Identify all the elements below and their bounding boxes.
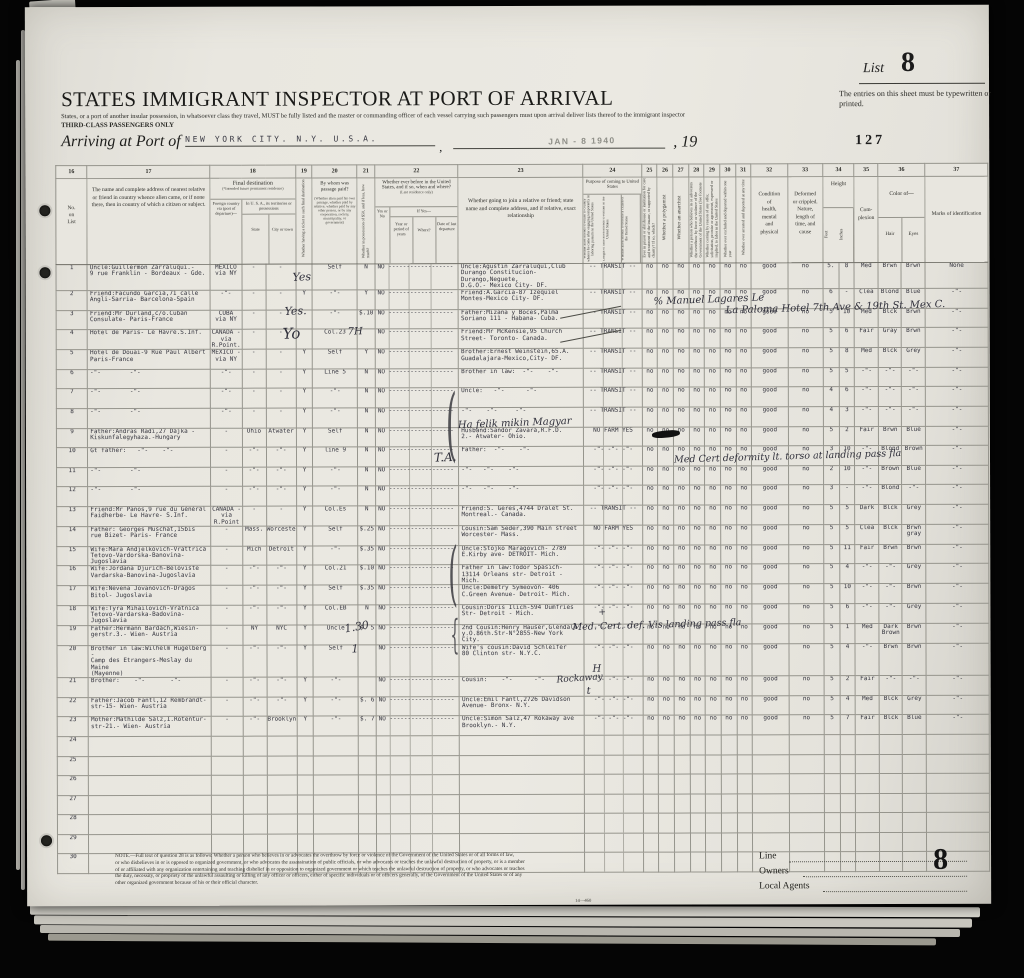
cell-join-relative: Wife's cousin:David Schleifer 80 Clinton… bbox=[459, 644, 584, 677]
cell-passage-paid-by: -"- bbox=[314, 697, 359, 717]
cell-ticket bbox=[297, 814, 314, 834]
cell-ticket: Y bbox=[296, 349, 313, 369]
cell-q31: no bbox=[736, 485, 752, 505]
cell-eyes: -"- bbox=[902, 387, 926, 407]
cell-passage-paid-by bbox=[314, 755, 359, 775]
cell-q27: no bbox=[674, 545, 690, 565]
cell-hair bbox=[880, 832, 903, 852]
cell-purpose bbox=[585, 794, 643, 814]
cell-passage-paid-by: -"- bbox=[313, 545, 358, 565]
cell-deformed: no bbox=[789, 715, 824, 735]
cell-q28: no bbox=[690, 644, 706, 677]
cell-eyes: Brwn bbox=[902, 584, 926, 604]
cell-join-relative bbox=[460, 735, 585, 755]
cell-foreign-country bbox=[212, 756, 243, 776]
cell-before-in-us: NO ------------------ bbox=[376, 565, 459, 585]
cell-inches: 2 bbox=[840, 676, 856, 696]
cell-hair: Blck bbox=[879, 524, 902, 544]
cell-passage-paid-by: Self bbox=[313, 428, 358, 448]
header-labor-contract: Whether coming by reason of any offer, s… bbox=[704, 177, 720, 263]
punch-hole bbox=[41, 835, 52, 846]
cell-condition: good bbox=[752, 426, 789, 446]
cell-before-in-us: NO ------------------ bbox=[376, 696, 459, 716]
cell-ticket: Y bbox=[296, 546, 313, 566]
cell-feet: 5 bbox=[824, 525, 840, 545]
cell-hair: Dark Brown bbox=[879, 623, 902, 643]
cell-marks: -"- bbox=[926, 445, 989, 465]
cell-money bbox=[358, 736, 376, 756]
cell-q30: no bbox=[721, 525, 737, 545]
cell-city: -"- bbox=[266, 565, 296, 585]
cell-marks: -"- bbox=[926, 623, 989, 643]
manifest-row-29: 29 bbox=[57, 832, 989, 854]
cell-state: Ohio bbox=[242, 428, 266, 448]
cell-before-in-us bbox=[376, 834, 459, 854]
list-number-handwritten: 8 bbox=[901, 47, 915, 79]
cell-q27: no bbox=[674, 525, 690, 545]
manifest-row-28: 28 bbox=[57, 813, 989, 835]
cell-deformed bbox=[789, 813, 824, 833]
cell-no: 18 bbox=[57, 605, 88, 625]
cell-q27: no bbox=[673, 328, 689, 348]
cell-q30: no bbox=[720, 368, 736, 388]
cell-q25 bbox=[643, 735, 659, 755]
cell-complexion: -"- bbox=[855, 407, 879, 427]
cell-ticket bbox=[297, 756, 314, 776]
handwritten-money-row4: 7H bbox=[347, 326, 362, 338]
cell-before-in-us: NO ------------------ bbox=[376, 677, 459, 697]
cell-inches: 8 bbox=[839, 263, 855, 289]
cell-passage-paid-by: -"- bbox=[313, 467, 358, 487]
manifest-row-27: 27 bbox=[57, 793, 989, 815]
cell-q29: no bbox=[705, 505, 721, 525]
cell-city: Detroit bbox=[266, 546, 296, 566]
header-date-departure: Date of last departure bbox=[435, 217, 458, 263]
cell-before-in-us: NO ------------------ bbox=[376, 624, 459, 644]
cell-passage-paid-by: -"- bbox=[313, 677, 358, 697]
cell-deformed: no bbox=[788, 525, 823, 545]
cell-condition: good bbox=[752, 505, 789, 525]
cell-join-relative: Uncle:Agustin Zarraluqui,Club Durango Co… bbox=[458, 263, 583, 290]
cell-eyes: Grey bbox=[901, 348, 925, 368]
cell-purpose: -- TRANSIT -- bbox=[584, 388, 642, 408]
cell-q28: no bbox=[689, 485, 705, 505]
cell-deformed: no bbox=[788, 505, 823, 525]
cell-state: -"- bbox=[242, 566, 266, 586]
cell-q27: no bbox=[674, 715, 690, 735]
cell-relative: -"- -"- bbox=[88, 408, 211, 428]
cell-passage-paid-by: Line 5 bbox=[313, 369, 358, 389]
cell-relative: Brother in law:Wilhelm Hugelberg - Camp … bbox=[88, 645, 211, 678]
cell-marks: -"- bbox=[925, 348, 988, 368]
cell-q31: no bbox=[736, 564, 752, 584]
cell-q27: no bbox=[673, 368, 689, 388]
cell-marks: -"- bbox=[926, 426, 989, 446]
cell-q29: no bbox=[705, 427, 721, 447]
cell-eyes: Brwn bbox=[902, 643, 926, 676]
cell-q31: no bbox=[736, 387, 752, 407]
cell-relative: Wife:Mara Andjelkovich-Vrattrica Tetovo-… bbox=[88, 546, 211, 566]
header-state: State bbox=[243, 215, 269, 264]
cell-q30: no bbox=[720, 263, 736, 289]
cell-foreign-country bbox=[212, 795, 243, 815]
cell-inches: 3 bbox=[839, 407, 855, 427]
cell-complexion: -"- bbox=[855, 584, 879, 604]
cell-q26 bbox=[659, 755, 675, 775]
cell-deformed: no bbox=[789, 623, 824, 643]
cell-q27: no bbox=[673, 387, 689, 407]
header-overthrow: Whether a person who believes in or advo… bbox=[688, 177, 704, 263]
cell-eyes: -"- bbox=[902, 367, 926, 387]
cell-feet bbox=[825, 813, 841, 833]
cell-state: - bbox=[242, 389, 266, 409]
cell-deformed bbox=[789, 754, 824, 774]
cell-hair bbox=[880, 734, 903, 754]
cell-condition bbox=[752, 754, 789, 774]
cell-q30 bbox=[721, 833, 737, 853]
cell-no: 23 bbox=[57, 717, 88, 737]
cell-state: - bbox=[242, 408, 266, 428]
cell-foreign-country: - bbox=[211, 645, 242, 678]
cell-state: -"- bbox=[242, 585, 266, 605]
cell-complexion: Dark bbox=[855, 505, 879, 525]
handwritten-brace: { bbox=[450, 614, 459, 656]
cell-city: - bbox=[266, 506, 296, 526]
cell-q31: no bbox=[736, 505, 752, 525]
cell-feet: 5 bbox=[824, 426, 840, 446]
cell-foreign-country: CANADA - via R.Point bbox=[211, 506, 242, 526]
cell-hair: Brwn bbox=[879, 544, 902, 564]
cell-q25: no bbox=[642, 388, 658, 408]
cell-city bbox=[267, 775, 297, 795]
cell-q31: no bbox=[736, 584, 752, 604]
cell-q30: no bbox=[721, 715, 737, 735]
cell-marks: -"- bbox=[926, 675, 989, 695]
cell-passage-paid-by: Self bbox=[312, 264, 357, 290]
cell-no: 17 bbox=[57, 586, 88, 606]
cell-money: $.35 bbox=[358, 545, 376, 565]
page-number: 8 bbox=[933, 843, 948, 877]
cell-relative: -"- -"- bbox=[88, 487, 211, 507]
cell-money: N bbox=[358, 427, 376, 447]
cell-join-relative bbox=[460, 794, 585, 814]
cell-city: -"- bbox=[266, 585, 296, 605]
cell-q28: no bbox=[689, 427, 705, 447]
cell-foreign-country: - bbox=[211, 467, 242, 487]
cell-state bbox=[243, 736, 267, 756]
cell-money: N bbox=[358, 486, 376, 506]
cell-q25: no bbox=[642, 525, 658, 545]
cell-q28 bbox=[690, 735, 706, 755]
header-year: Year or period of years bbox=[390, 217, 412, 263]
cell-purpose: -- TRANSIT -- bbox=[584, 348, 642, 368]
cell-foreign-country: -"- bbox=[211, 408, 242, 428]
cell-no: 11 bbox=[57, 467, 88, 487]
cell-state: - bbox=[242, 330, 266, 350]
cell-q27 bbox=[674, 755, 690, 775]
colnum-35: 35 bbox=[854, 164, 878, 177]
header-relative-address: The name and complete address of nearest… bbox=[87, 178, 210, 264]
cell-ticket bbox=[297, 736, 314, 756]
cell-complexion: -"- bbox=[855, 564, 879, 584]
cell-foreign-country: CUBA via NY bbox=[210, 310, 241, 330]
cell-ticket: Y bbox=[297, 565, 314, 585]
cell-feet: 5. bbox=[823, 263, 839, 289]
cell-inches: 6 bbox=[839, 328, 855, 348]
cell-hair: Blck bbox=[879, 715, 902, 735]
cell-q26: no bbox=[658, 368, 674, 388]
manifest-row-16: 16Wife:Jordana Djurich-Beloviste Vardars… bbox=[57, 564, 989, 586]
cell-foreign-country: - bbox=[211, 487, 242, 507]
colnum-34: 34 bbox=[823, 164, 854, 177]
cell-deformed bbox=[789, 735, 824, 755]
cell-q30 bbox=[721, 735, 737, 755]
cell-inches: 4 bbox=[840, 643, 856, 676]
manifest-body: 1Uncle:Guillermon Zarraluqui.- 9 rue Fra… bbox=[56, 262, 990, 874]
cell-q30: no bbox=[721, 485, 737, 505]
cell-q31: no bbox=[736, 368, 752, 388]
cell-money: $.35 bbox=[358, 585, 376, 605]
colnum-18: 18 bbox=[210, 165, 296, 178]
cell-condition: good bbox=[752, 604, 789, 624]
cell-relative: Father:Andras Radi,27 Dajka - Kiskunfale… bbox=[88, 428, 211, 448]
cell-ticket: Y bbox=[297, 645, 314, 678]
manifest-row-4: 4Hotel de Paris- Le Havre.S.Inf.CANADA -… bbox=[56, 328, 988, 350]
cell-feet: 3 bbox=[824, 485, 840, 505]
cell-city: -"- bbox=[266, 605, 296, 625]
cell-q25 bbox=[643, 794, 659, 814]
cell-money: N bbox=[358, 506, 376, 526]
cell-city: -"- bbox=[266, 645, 296, 678]
cell-q27: no bbox=[674, 485, 690, 505]
cell-feet: 5 bbox=[824, 695, 840, 715]
cell-money: $.25 bbox=[358, 526, 376, 546]
cell-deformed: no bbox=[788, 368, 823, 388]
cell-q31 bbox=[737, 852, 753, 872]
cell-q29 bbox=[706, 852, 722, 872]
header-height: Height Feet Inches bbox=[823, 177, 854, 263]
cell-relative: Uncle:Guillermon Zarraluqui.- 9 rue Fran… bbox=[87, 264, 210, 291]
colnum-28: 28 bbox=[688, 164, 704, 177]
cell-passage-paid-by: line 9 bbox=[313, 447, 358, 467]
cell-passage-paid-by: Self bbox=[313, 526, 358, 546]
cell-inches: 11 bbox=[839, 544, 855, 564]
cell-inches: 4 bbox=[840, 564, 856, 584]
cell-state bbox=[243, 756, 267, 776]
cell-q28: no bbox=[689, 348, 705, 368]
cell-city: Worcester bbox=[266, 526, 296, 546]
cell-marks: -"- bbox=[926, 504, 989, 524]
cell-q30: no bbox=[721, 676, 737, 696]
cell-relative: Wife:Jordana Djurich-Beloviste Vardarska… bbox=[88, 566, 211, 586]
cell-complexion bbox=[856, 793, 880, 813]
cell-inches: 10 bbox=[840, 584, 856, 604]
cell-q29: no bbox=[705, 525, 721, 545]
manifest-row-19: 19Father:Hermann Bardach,Wiesin- gerstr.… bbox=[57, 623, 989, 645]
cell-state: -"- bbox=[243, 677, 267, 697]
cell-q31 bbox=[737, 794, 753, 814]
cell-city: -"- bbox=[266, 467, 296, 487]
cell-ticket: Y bbox=[296, 506, 313, 526]
cell-condition: good bbox=[751, 387, 788, 407]
cell-q26: no bbox=[659, 676, 675, 696]
cell-inches bbox=[840, 813, 856, 833]
cell-complexion: Med bbox=[855, 695, 879, 715]
cell-join-relative: Brother:Ernest Weinstein,65.A. Guadalaja… bbox=[459, 349, 584, 369]
cell-money: Y bbox=[357, 349, 375, 369]
cell-foreign-country: - bbox=[211, 697, 242, 717]
cell-hair: -"- bbox=[879, 584, 902, 604]
handwritten-brace: ( bbox=[446, 378, 457, 470]
cell-hair: -"- bbox=[879, 564, 902, 584]
cell-ticket: Y bbox=[297, 605, 314, 625]
cell-deformed: no bbox=[788, 328, 823, 348]
cell-q30 bbox=[721, 813, 737, 833]
cell-q27: no bbox=[673, 309, 689, 329]
cell-eyes: Grey bbox=[902, 564, 926, 584]
cell-inches bbox=[840, 793, 856, 813]
cell-q25 bbox=[643, 774, 659, 794]
cell-q31: no bbox=[736, 348, 752, 368]
cell-foreign-country bbox=[212, 775, 243, 795]
cell-state: -"- bbox=[243, 645, 267, 678]
cell-inches: 1 bbox=[840, 623, 856, 643]
cell-complexion bbox=[856, 813, 880, 833]
cell-hair bbox=[880, 774, 903, 794]
cell-join-relative: Friend:A.Garcia-87 Izequiel Montes-Mexic… bbox=[458, 289, 583, 309]
header-city: City or town bbox=[268, 215, 295, 264]
cell-relative bbox=[89, 815, 212, 835]
manifest-row-11: 11-"- -"---"--"-Y-"-NNO ----------------… bbox=[57, 465, 989, 487]
cell-join-relative bbox=[460, 755, 585, 775]
cell-q26: no bbox=[658, 644, 674, 677]
cell-no: 27 bbox=[57, 795, 88, 815]
cell-feet: 5 bbox=[823, 367, 839, 387]
cell-q31: no bbox=[736, 544, 752, 564]
cell-complexion: -"- bbox=[855, 387, 879, 407]
cell-q28 bbox=[690, 774, 706, 794]
cell-q30: no bbox=[721, 505, 737, 525]
manifest-table-wrap: 16 17 18 19 20 21 22 23 24 25 26 27 28 2… bbox=[55, 163, 990, 875]
cell-deformed: no bbox=[788, 387, 823, 407]
cell-join-relative: Uncle:Stojko Maragovich- 2789 E.Kirby av… bbox=[459, 545, 584, 565]
cell-condition: good bbox=[751, 368, 788, 388]
cell-q26: no bbox=[659, 696, 675, 716]
cell-eyes: Blue bbox=[902, 715, 926, 735]
colnum-17: 17 bbox=[87, 165, 210, 178]
cell-condition: good bbox=[752, 643, 789, 676]
cell-marks bbox=[926, 734, 989, 754]
colnum-16: 16 bbox=[56, 166, 87, 179]
cell-state: -"- bbox=[243, 716, 267, 736]
header-where: Where? bbox=[412, 217, 435, 263]
cell-q31: no bbox=[737, 676, 753, 696]
cell-before-in-us bbox=[376, 794, 459, 814]
cell-before-in-us bbox=[376, 736, 459, 756]
cell-ticket bbox=[297, 775, 314, 795]
cell-foreign-country: -"- bbox=[211, 389, 242, 409]
cell-purpose: -"- -"- -"- bbox=[584, 446, 642, 466]
cell-q29: no bbox=[705, 485, 721, 505]
header-deformed: Deformed or crippled. Nature, length of … bbox=[787, 177, 823, 263]
cell-no: 26 bbox=[57, 776, 88, 796]
cell-no: 29 bbox=[57, 834, 88, 854]
cell-marks: -"- bbox=[926, 603, 989, 623]
header-before-in-us: Whether ever before in the United States… bbox=[375, 178, 459, 264]
cell-money bbox=[359, 795, 377, 815]
cell-q29: no bbox=[705, 387, 721, 407]
cell-no: 12 bbox=[57, 487, 88, 507]
cell-q27: no bbox=[674, 644, 690, 677]
manifest-row-5: 5Hotel de Douai-9 Rue Paul Albert Paris-… bbox=[56, 348, 988, 370]
cell-no: 6 bbox=[56, 369, 87, 389]
cell-relative: Friend:Mr Durland,c/o.Cuban Consulate- P… bbox=[87, 310, 210, 330]
cell-q28 bbox=[690, 813, 706, 833]
cell-no: 25 bbox=[57, 756, 88, 776]
cell-ticket bbox=[297, 795, 314, 815]
cell-q30: no bbox=[721, 696, 737, 716]
handwritten-yo-row4: Yo bbox=[282, 324, 300, 343]
header-foreign-country: Foreign country via (port of departure)— bbox=[211, 200, 242, 264]
cell-deformed: no bbox=[788, 407, 823, 427]
cell-q27 bbox=[674, 774, 690, 794]
cell-join-relative: -"- -"- -"- bbox=[459, 486, 584, 506]
cell-complexion bbox=[856, 734, 880, 754]
cell-complexion bbox=[856, 774, 880, 794]
cell-passage-paid-by: -"- bbox=[314, 716, 359, 736]
cell-feet: 2 bbox=[824, 465, 840, 485]
cell-q31: no bbox=[736, 525, 752, 545]
cell-q25: no bbox=[642, 466, 658, 486]
cell-ticket: Y bbox=[297, 585, 314, 605]
cell-q28: no bbox=[689, 263, 705, 289]
cell-city: Brooklyn bbox=[267, 716, 297, 736]
cell-state: - bbox=[242, 506, 266, 526]
cell-join-relative: 2nd Cousin:Henry Hauser,Glendale y.O.86t… bbox=[459, 624, 584, 644]
cell-relative: Wife:Tyra Mihailovich-Vratnica Tetovo-Va… bbox=[88, 605, 211, 625]
cell-q31: no bbox=[737, 715, 753, 735]
cell-deformed: no bbox=[788, 348, 823, 368]
header-polygamist: Whether a polygamist bbox=[657, 177, 673, 263]
cell-relative: Father:Jacob Fantl,12 Rembrandt- str-15-… bbox=[88, 697, 211, 717]
cell-before-in-us: NO ------------------ bbox=[376, 526, 459, 546]
cell-no: 20 bbox=[57, 645, 88, 678]
cell-inches: 2 bbox=[839, 426, 855, 446]
form-number: 14—460 bbox=[575, 898, 591, 903]
cell-q30 bbox=[721, 794, 737, 814]
cell-money bbox=[359, 775, 377, 795]
cell-q29 bbox=[706, 813, 722, 833]
header-color-of: Color of— Hair Eyes bbox=[878, 176, 925, 262]
local-agents-label: Local Agents bbox=[759, 881, 809, 891]
cell-passage-paid-by bbox=[314, 736, 359, 756]
cell-feet bbox=[825, 833, 841, 853]
cell-q30 bbox=[721, 852, 737, 872]
cell-eyes: Brwn bbox=[902, 623, 926, 643]
cell-condition: good bbox=[751, 328, 788, 348]
cell-no: 8 bbox=[56, 409, 87, 429]
header-purpose-length: Length of time alien intends to remain i… bbox=[602, 195, 622, 263]
header-final-destination: Final destination (*Intended future perm… bbox=[210, 178, 296, 264]
cell-passage-paid-by bbox=[314, 795, 359, 815]
cell-relative: Friend:Facundo Garcia,71 calle Angli-Sar… bbox=[87, 290, 210, 310]
cell-before-in-us: NO ------------------ bbox=[375, 349, 458, 369]
handwritten-yes-row1: Yes bbox=[292, 270, 311, 284]
cell-q29 bbox=[706, 735, 722, 755]
cell-q31 bbox=[737, 735, 753, 755]
cell-no: 13 bbox=[57, 507, 88, 527]
cell-marks: None bbox=[925, 262, 988, 288]
